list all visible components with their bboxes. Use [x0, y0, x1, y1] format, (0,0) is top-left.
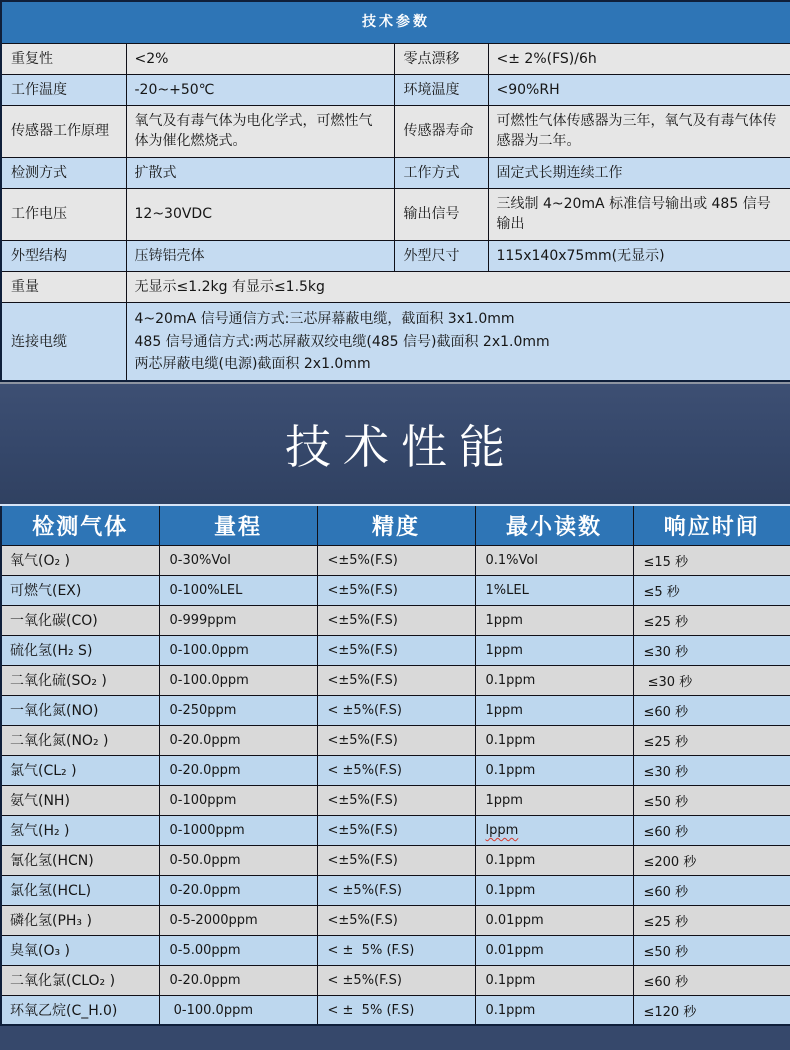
param-value: 压铸铝壳体	[126, 240, 394, 271]
perf-row: 氯气(CL₂ ) 0-20.0ppm < ±5%(F.S) 0.1ppm ≤30…	[1, 755, 790, 785]
gas-name-cell: 氨气(NH)	[1, 785, 159, 815]
range-cell: 0-1000ppm	[159, 815, 317, 845]
response-time-cell: ≤25 秒	[633, 725, 790, 755]
range-cell: 0-20.0ppm	[159, 755, 317, 785]
min-reading-cell: 0.01ppm	[475, 905, 633, 935]
min-reading-cell: 0.1ppm	[475, 845, 633, 875]
range-cell: 0-50.0ppm	[159, 845, 317, 875]
gas-name-cell: 二氧化氮(NO₂ )	[1, 725, 159, 755]
min-reading-cell: 0.1ppm	[475, 965, 633, 995]
param-value: 固定式长期连续工作	[488, 157, 790, 188]
range-cell: 0-30%Vol	[159, 545, 317, 575]
response-time-cell: ≤60 秒	[633, 965, 790, 995]
param-label: 连接电缆	[1, 303, 126, 382]
header-min: 最小读数	[475, 505, 633, 545]
param-label: 环境温度	[394, 74, 488, 105]
min-reading-cell: 0.1ppm	[475, 755, 633, 785]
min-reading-cell: 0.1ppm	[475, 665, 633, 695]
response-time-cell: ≤30 秒	[633, 635, 790, 665]
min-reading-cell: 1ppm	[475, 605, 633, 635]
range-cell: 0-20.0ppm	[159, 875, 317, 905]
param-row: 工作温度 -20~+50℃ 环境温度 <90%RH	[1, 74, 790, 105]
param-label: 输出信号	[394, 188, 488, 240]
param-value: <± 2%(FS)/6h	[488, 43, 790, 74]
perf-row: 氨气(NH) 0-100ppm <±5%(F.S) 1ppm ≤50 秒	[1, 785, 790, 815]
gas-name-cell: 二氧化氯(CLO₂ )	[1, 965, 159, 995]
range-cell: 0-20.0ppm	[159, 725, 317, 755]
response-time-cell: ≤60 秒	[633, 815, 790, 845]
precision-cell: < ±5%(F.S)	[317, 755, 475, 785]
perf-row: 二氧化氮(NO₂ ) 0-20.0ppm <±5%(F.S) 0.1ppm ≤2…	[1, 725, 790, 755]
param-row: 传感器工作原理 氧气及有毒气体为电化学式，可燃性气体为催化燃烧式。 传感器寿命 …	[1, 106, 790, 158]
performance-banner: 技术性能	[0, 382, 790, 504]
gas-name-cell: 可燃气(EX)	[1, 575, 159, 605]
min-reading-cell: 0.1%Vol	[475, 545, 633, 575]
cable-row: 连接电缆 4~20mA 信号通信方式:三芯屏幕蔽电缆，截面积 3x1.0mm 4…	[1, 303, 790, 382]
param-row: 重复性 <2% 零点漂移 <± 2%(FS)/6h	[1, 43, 790, 74]
min-reading-cell: lppm	[475, 815, 633, 845]
param-label: 外型结构	[1, 240, 126, 271]
param-value: <90%RH	[488, 74, 790, 105]
range-cell: 0-5-2000ppm	[159, 905, 317, 935]
param-value: 4~20mA 信号通信方式:三芯屏幕蔽电缆，截面积 3x1.0mm 485 信号…	[126, 303, 790, 382]
range-cell: 0-100ppm	[159, 785, 317, 815]
precision-cell: < ±5%(F.S)	[317, 695, 475, 725]
param-label: 外型尺寸	[394, 240, 488, 271]
precision-cell: <±5%(F.S)	[317, 605, 475, 635]
param-label: 工作温度	[1, 74, 126, 105]
min-reading-cell: 0.1ppm	[475, 875, 633, 905]
param-row: 工作电压 12~30VDC 输出信号 三线制 4~20mA 标准信号输出或 48…	[1, 188, 790, 240]
perf-row: 可燃气(EX) 0-100%LEL <±5%(F.S) 1%LEL ≤5 秒	[1, 575, 790, 605]
gas-name-cell: 硫化氢(H₂ S)	[1, 635, 159, 665]
param-label: 工作方式	[394, 157, 488, 188]
response-time-cell: ≤30 秒	[633, 665, 790, 695]
param-value: 三线制 4~20mA 标准信号输出或 485 信号输出	[488, 188, 790, 240]
gas-name-cell: 二氧化硫(SO₂ )	[1, 665, 159, 695]
gas-name-cell: 氯化氢(HCL)	[1, 875, 159, 905]
range-cell: 0-20.0ppm	[159, 965, 317, 995]
precision-cell: < ±5%(F.S)	[317, 875, 475, 905]
gas-name-cell: 臭氧(O₃ )	[1, 935, 159, 965]
perf-row: 一氧化氮(NO) 0-250ppm < ±5%(F.S) 1ppm ≤60 秒	[1, 695, 790, 725]
gas-name-cell: 一氧化碳(CO)	[1, 605, 159, 635]
header-gas: 检测气体	[1, 505, 159, 545]
precision-cell: <±5%(F.S)	[317, 905, 475, 935]
response-time-cell: ≤5 秒	[633, 575, 790, 605]
range-cell: 0-100.0ppm	[159, 665, 317, 695]
precision-cell: <±5%(F.S)	[317, 845, 475, 875]
params-table: 技术参数 重复性 <2% 零点漂移 <± 2%(FS)/6h 工作温度 -20~…	[0, 0, 790, 382]
precision-cell: <±5%(F.S)	[317, 725, 475, 755]
cable-line: 两芯屏蔽电缆(电源)截面积 2x1.0mm	[135, 353, 783, 375]
performance-table: 检测气体 量程 精度 最小读数 响应时间 氧气(O₂ ) 0-30%Vol <±…	[0, 504, 790, 1026]
header-response: 响应时间	[633, 505, 790, 545]
precision-cell: <±5%(F.S)	[317, 815, 475, 845]
perf-row: 一氧化碳(CO) 0-999ppm <±5%(F.S) 1ppm ≤25 秒	[1, 605, 790, 635]
param-row: 外型结构 压铸铝壳体 外型尺寸 115x140x75mm(无显示)	[1, 240, 790, 271]
min-reading-cell: 1ppm	[475, 635, 633, 665]
perf-row: 硫化氢(H₂ S) 0-100.0ppm <±5%(F.S) 1ppm ≤30 …	[1, 635, 790, 665]
range-cell: 0-100.0ppm	[159, 635, 317, 665]
param-label: 重量	[1, 271, 126, 302]
range-cell: 0-5.00ppm	[159, 935, 317, 965]
min-reading-cell: 0.01ppm	[475, 935, 633, 965]
param-row: 检测方式 扩散式 工作方式 固定式长期连续工作	[1, 157, 790, 188]
response-time-cell: ≤50 秒	[633, 935, 790, 965]
header-precision: 精度	[317, 505, 475, 545]
response-time-cell: ≤50 秒	[633, 785, 790, 815]
perf-row: 氧气(O₂ ) 0-30%Vol <±5%(F.S) 0.1%Vol ≤15 秒	[1, 545, 790, 575]
precision-cell: < ± 5% (F.S)	[317, 935, 475, 965]
gas-name-cell: 环氧乙烷(C_H.0)	[1, 995, 159, 1025]
range-cell: 0-999ppm	[159, 605, 317, 635]
precision-cell: <±5%(F.S)	[317, 785, 475, 815]
header-range: 量程	[159, 505, 317, 545]
gas-name-cell: 氰化氢(HCN)	[1, 845, 159, 875]
perf-header-row: 检测气体 量程 精度 最小读数 响应时间	[1, 505, 790, 545]
param-value: <2%	[126, 43, 394, 74]
range-cell: 0-100.0ppm	[159, 995, 317, 1025]
gas-name-cell: 磷化氢(PH₃ )	[1, 905, 159, 935]
min-reading-cell: 0.1ppm	[475, 995, 633, 1025]
perf-row: 氰化氢(HCN) 0-50.0ppm <±5%(F.S) 0.1ppm ≤200…	[1, 845, 790, 875]
params-table-title: 技术参数	[1, 1, 790, 43]
perf-row: 二氧化硫(SO₂ ) 0-100.0ppm <±5%(F.S) 0.1ppm ≤…	[1, 665, 790, 695]
precision-cell: <±5%(F.S)	[317, 665, 475, 695]
response-time-cell: ≤60 秒	[633, 695, 790, 725]
performance-banner-title: 技术性能	[285, 411, 517, 477]
param-label: 传感器工作原理	[1, 106, 126, 158]
response-time-cell: ≤200 秒	[633, 845, 790, 875]
param-label: 检测方式	[1, 157, 126, 188]
perf-row: 磷化氢(PH₃ ) 0-5-2000ppm <±5%(F.S) 0.01ppm …	[1, 905, 790, 935]
min-reading-cell: 1ppm	[475, 785, 633, 815]
precision-cell: < ±5%(F.S)	[317, 965, 475, 995]
response-time-cell: ≤30 秒	[633, 755, 790, 785]
param-value: 可燃性气体传感器为三年，氧气及有毒气体传感器为二年。	[488, 106, 790, 158]
param-label: 零点漂移	[394, 43, 488, 74]
response-time-cell: ≤25 秒	[633, 605, 790, 635]
min-reading-cell: 1%LEL	[475, 575, 633, 605]
weight-row: 重量 无显示≤1.2kg 有显示≤1.5kg	[1, 271, 790, 302]
params-title-row: 技术参数	[1, 1, 790, 43]
range-cell: 0-250ppm	[159, 695, 317, 725]
perf-row: 臭氧(O₃ ) 0-5.00ppm < ± 5% (F.S) 0.01ppm ≤…	[1, 935, 790, 965]
param-value: 氧气及有毒气体为电化学式，可燃性气体为催化燃烧式。	[126, 106, 394, 158]
response-time-cell: ≤25 秒	[633, 905, 790, 935]
param-value: 无显示≤1.2kg 有显示≤1.5kg	[126, 271, 790, 302]
param-label: 传感器寿命	[394, 106, 488, 158]
gas-name-cell: 氯气(CL₂ )	[1, 755, 159, 785]
response-time-cell: ≤15 秒	[633, 545, 790, 575]
perf-row: 氯化氢(HCL) 0-20.0ppm < ±5%(F.S) 0.1ppm ≤60…	[1, 875, 790, 905]
param-value: 扩散式	[126, 157, 394, 188]
cable-line: 4~20mA 信号通信方式:三芯屏幕蔽电缆，截面积 3x1.0mm	[135, 308, 783, 330]
precision-cell: <±5%(F.S)	[317, 545, 475, 575]
gas-name-cell: 氧气(O₂ )	[1, 545, 159, 575]
min-reading-cell: 0.1ppm	[475, 725, 633, 755]
param-value: 115x140x75mm(无显示)	[488, 240, 790, 271]
precision-cell: <±5%(F.S)	[317, 575, 475, 605]
param-value: 12~30VDC	[126, 188, 394, 240]
perf-row: 二氧化氯(CLO₂ ) 0-20.0ppm < ±5%(F.S) 0.1ppm …	[1, 965, 790, 995]
response-time-cell: ≤120 秒	[633, 995, 790, 1025]
response-time-cell: ≤60 秒	[633, 875, 790, 905]
precision-cell: <±5%(F.S)	[317, 635, 475, 665]
gas-name-cell: 一氧化氮(NO)	[1, 695, 159, 725]
gas-name-cell: 氢气(H₂ )	[1, 815, 159, 845]
precision-cell: < ± 5% (F.S)	[317, 995, 475, 1025]
param-label: 工作电压	[1, 188, 126, 240]
param-value: -20~+50℃	[126, 74, 394, 105]
cable-line: 485 信号通信方式:两芯屏蔽双绞电缆(485 信号)截面积 2x1.0mm	[135, 331, 783, 353]
param-label: 重复性	[1, 43, 126, 74]
perf-row: 环氧乙烷(C_H.0) 0-100.0ppm < ± 5% (F.S) 0.1p…	[1, 995, 790, 1025]
perf-row: 氢气(H₂ ) 0-1000ppm <±5%(F.S) lppm ≤60 秒	[1, 815, 790, 845]
range-cell: 0-100%LEL	[159, 575, 317, 605]
min-reading-cell: 1ppm	[475, 695, 633, 725]
